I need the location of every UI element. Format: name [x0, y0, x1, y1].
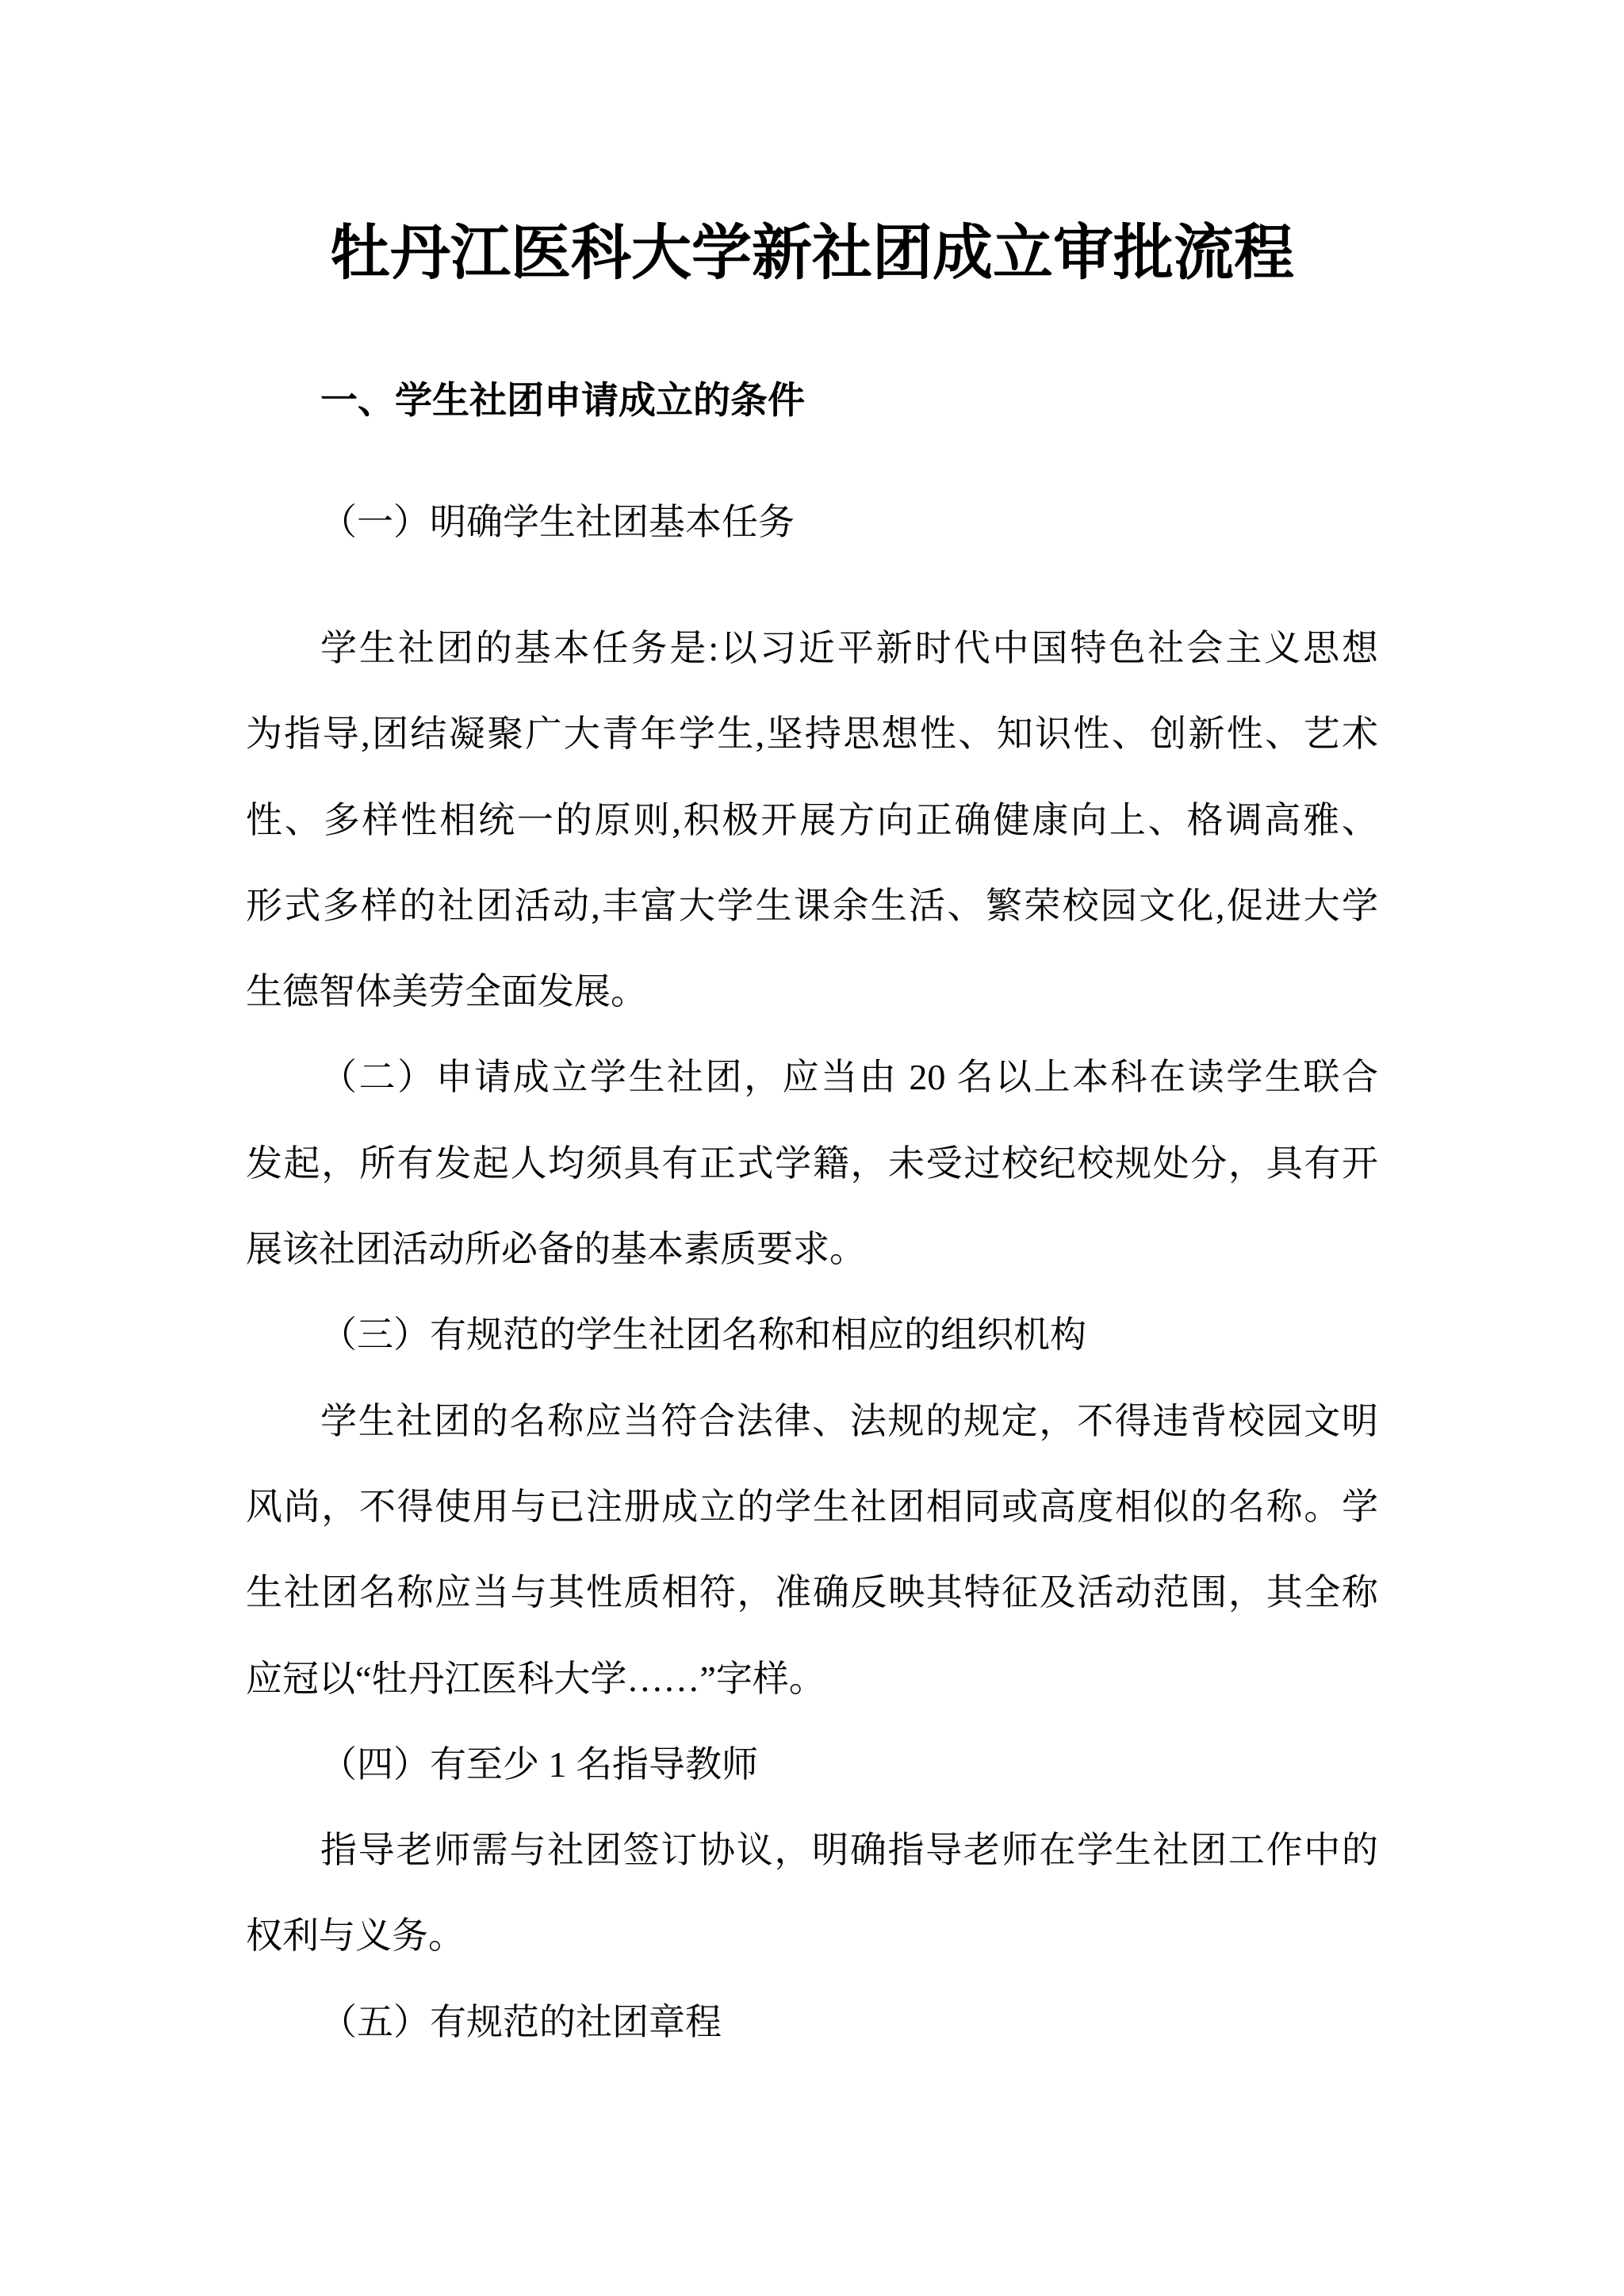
document-page: 牡丹江医科大学新社团成立审批流程 一、学生社团申请成立的条件 （一）明确学生社团… [0, 0, 1624, 2296]
body-line: 应冠以“牡丹江医科大学……”字样。 [246, 1636, 1378, 1722]
body-line: （五）有规范的社团章程 [246, 1980, 1378, 2065]
body-line: 生社团名称应当与其性质相符，准确反映其特征及活动范围，其全称 [246, 1550, 1378, 1636]
body-line: 学生社团的名称应当符合法律、法规的规定，不得违背校园文明 [246, 1379, 1378, 1464]
body-line: 风尚，不得使用与已注册成立的学生社团相同或高度相似的名称。学 [246, 1464, 1378, 1550]
body-line: 形式多样的社团活动,丰富大学生课余生活、繁荣校园文化,促进大学 [246, 863, 1378, 949]
body-line: （四）有至少 1 名指导教师 [246, 1722, 1378, 1808]
section-heading: 一、学生社团申请成立的条件 [320, 379, 805, 423]
body-line: 性、多样性相统一的原则,积极开展方向正确健康向上、格调高雅、 [246, 778, 1378, 863]
document-title: 牡丹江医科大学新社团成立审批流程 [0, 219, 1624, 289]
body-line: 学生社团的基本任务是:以习近平新时代中国特色社会主义思想 [246, 606, 1378, 691]
body-line: 展该社团活动所必备的基本素质要求。 [246, 1207, 1378, 1292]
body-line: 权利与义务。 [246, 1893, 1378, 1979]
document-body: 学生社团的基本任务是:以习近平新时代中国特色社会主义思想 为指导,团结凝聚广大青… [246, 606, 1378, 2065]
subsection-heading: （一）明确学生社团基本任务 [320, 500, 795, 545]
body-line: 生德智体美劳全面发展。 [246, 949, 1378, 1035]
body-line: 指导老师需与社团签订协议，明确指导老师在学生社团工作中的 [246, 1808, 1378, 1893]
body-line: （二）申请成立学生社团，应当由 20 名以上本科在读学生联合 [246, 1035, 1378, 1120]
body-line: 为指导,团结凝聚广大青年学生,坚持思想性、知识性、创新性、艺术 [246, 691, 1378, 777]
body-line: 发起，所有发起人均须具有正式学籍，未受过校纪校规处分，具有开 [246, 1121, 1378, 1207]
body-line: （三）有规范的学生社团名称和相应的组织机构 [246, 1292, 1378, 1378]
